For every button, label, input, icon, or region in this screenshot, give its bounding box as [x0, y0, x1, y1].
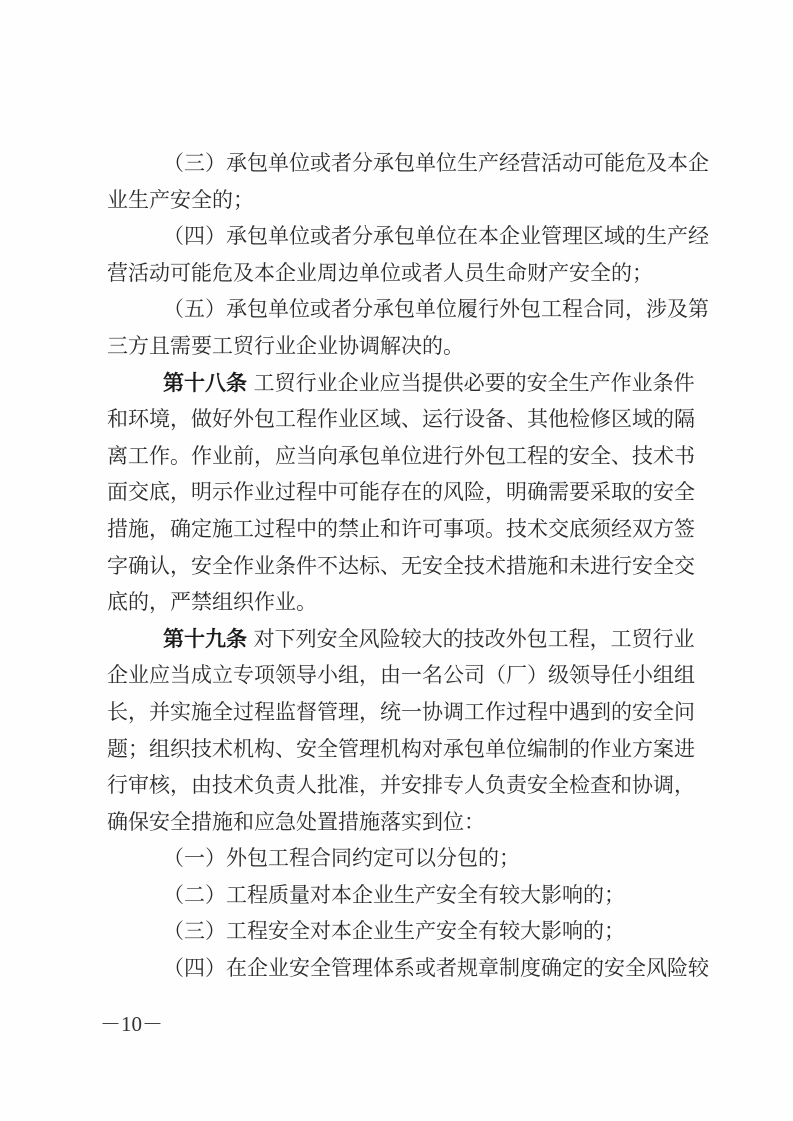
line-text: 底的，严禁组织作业。 — [107, 590, 317, 614]
paragraph-line: 行审核，由技术负责人批准，并安排专人负责安全检查和协调， — [107, 767, 692, 804]
paragraph-line: 面交底，明示作业过程中可能存在的风险，明确需要采取的安全 — [107, 474, 692, 511]
article-heading: 第十八条 — [163, 371, 247, 395]
paragraph-line: 字确认，安全作业条件不达标、无安全技术措施和未进行安全交 — [107, 548, 692, 585]
line-text: 营活动可能危及本企业周边单位或者人员生命财产安全的； — [107, 261, 653, 285]
paragraph-line: （四）承包单位或者分承包单位在本企业管理区域的生产经 — [107, 218, 692, 255]
paragraph-line: （三）工程安全对本企业生产安全有较大影响的； — [107, 913, 692, 950]
paragraph-line: 长，并实施全过程监督管理，统一协调工作过程中遇到的安全问 — [107, 694, 692, 731]
line-text: 字确认，安全作业条件不达标、无安全技术措施和未进行安全交 — [107, 554, 695, 578]
document-page: （三）承包单位或者分承包单位生产经营活动可能危及本企业生产安全的；（四）承包单位… — [0, 0, 793, 1121]
line-text: 业生产安全的； — [107, 188, 254, 212]
page-number: －10－ — [100, 1008, 163, 1038]
paragraph-line: 营活动可能危及本企业周边单位或者人员生命财产安全的； — [107, 255, 692, 292]
paragraph-line: （一）外包工程合同约定可以分包的； — [107, 840, 692, 877]
line-text: 对下列安全风险较大的技改外包工程，工贸行业 — [247, 627, 695, 651]
line-text: 企业应当成立专项领导小组，由一名公司（厂）级领导任小组组 — [107, 663, 695, 687]
line-text: （四）承包单位或者分承包单位在本企业管理区域的生产经 — [163, 224, 709, 248]
line-text: （二）工程质量对本企业生产安全有较大影响的； — [163, 883, 625, 907]
line-text: （三）工程安全对本企业生产安全有较大影响的； — [163, 919, 625, 943]
line-text: 三方且需要工贸行业企业协调解决的。 — [107, 334, 464, 358]
paragraph-line: 三方且需要工贸行业企业协调解决的。 — [107, 328, 692, 365]
line-text: （一）外包工程合同约定可以分包的； — [163, 846, 520, 870]
body-text: （三）承包单位或者分承包单位生产经营活动可能危及本企业生产安全的；（四）承包单位… — [107, 145, 692, 987]
line-text: 面交底，明示作业过程中可能存在的风险，明确需要采取的安全 — [107, 480, 695, 504]
paragraph-line: （三）承包单位或者分承包单位生产经营活动可能危及本企 — [107, 145, 692, 182]
paragraph-line: 业生产安全的； — [107, 182, 692, 219]
paragraph-line: 和环境，做好外包工程作业区域、运行设备、其他检修区域的隔 — [107, 401, 692, 438]
line-text: 行审核，由技术负责人批准，并安排专人负责安全检查和协调， — [107, 773, 695, 797]
line-text: 长，并实施全过程监督管理，统一协调工作过程中遇到的安全问 — [107, 700, 695, 724]
paragraph-line: 底的，严禁组织作业。 — [107, 584, 692, 621]
paragraph-line: （五）承包单位或者分承包单位履行外包工程合同，涉及第 — [107, 291, 692, 328]
article-heading: 第十九条 — [163, 627, 247, 651]
line-text: （四）在企业安全管理体系或者规章制度确定的安全风险较 — [163, 956, 709, 980]
paragraph-line: （二）工程质量对本企业生产安全有较大影响的； — [107, 877, 692, 914]
paragraph-line: 离工作。作业前，应当向承包单位进行外包工程的安全、技术书 — [107, 438, 692, 475]
line-text: 确保安全措施和应急处置措施落实到位： — [107, 810, 485, 834]
paragraph-line: （四）在企业安全管理体系或者规章制度确定的安全风险较 — [107, 950, 692, 987]
line-text: 工贸行业企业应当提供必要的安全生产作业条件 — [247, 371, 695, 395]
paragraph-line: 企业应当成立专项领导小组，由一名公司（厂）级领导任小组组 — [107, 657, 692, 694]
line-text: （三）承包单位或者分承包单位生产经营活动可能危及本企 — [163, 151, 709, 175]
paragraph-line: 确保安全措施和应急处置措施落实到位： — [107, 804, 692, 841]
article-paragraph-line: 第十九条 对下列安全风险较大的技改外包工程，工贸行业 — [107, 621, 692, 658]
article-paragraph-line: 第十八条 工贸行业企业应当提供必要的安全生产作业条件 — [107, 365, 692, 402]
line-text: （五）承包单位或者分承包单位履行外包工程合同，涉及第 — [163, 297, 709, 321]
line-text: 离工作。作业前，应当向承包单位进行外包工程的安全、技术书 — [107, 444, 695, 468]
line-text: 题；组织技术机构、安全管理机构对承包单位编制的作业方案进 — [107, 737, 695, 761]
line-text: 和环境，做好外包工程作业区域、运行设备、其他检修区域的隔 — [107, 407, 695, 431]
line-text: 措施，确定施工过程中的禁止和许可事项。技术交底须经双方签 — [107, 517, 695, 541]
paragraph-line: 措施，确定施工过程中的禁止和许可事项。技术交底须经双方签 — [107, 511, 692, 548]
paragraph-line: 题；组织技术机构、安全管理机构对承包单位编制的作业方案进 — [107, 731, 692, 768]
